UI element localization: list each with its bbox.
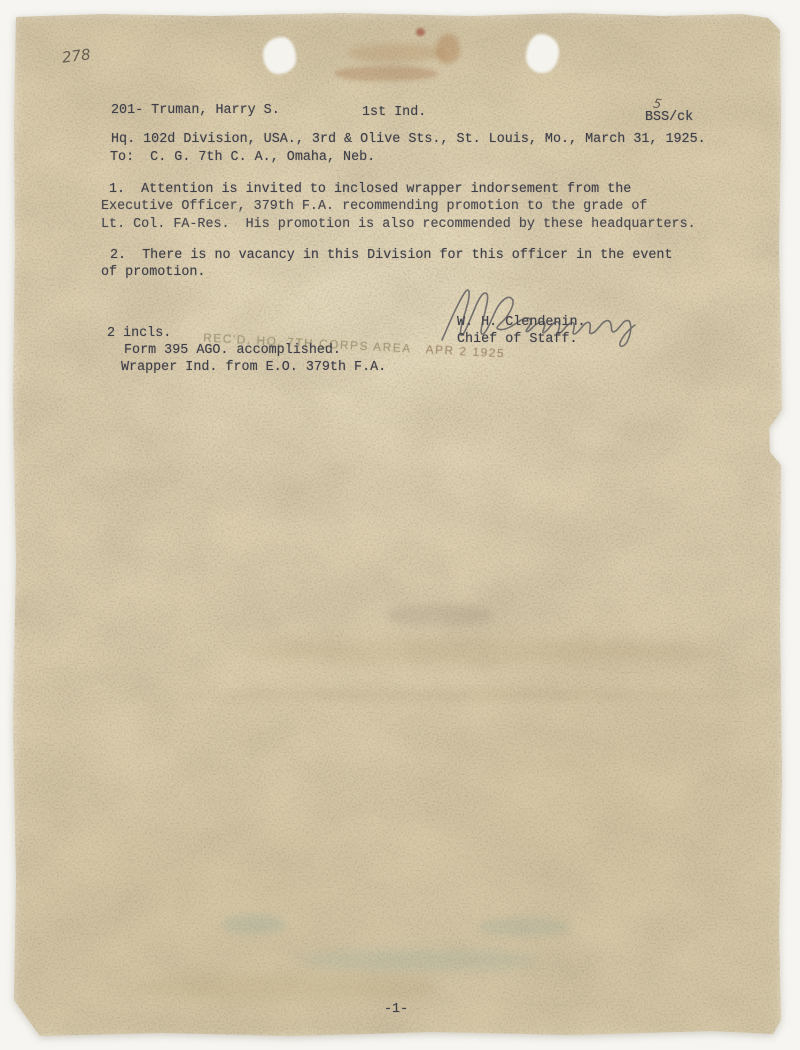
enclosure-item: Wrapper Ind. from E.O. 379th F.A. [121,359,386,376]
scanned-document: REC'D. HQ. 7TH CORPS AREAAPR 2 1925 278 … [0,0,800,1050]
stain-red-dot [416,28,425,36]
stain-mid-band-2 [180,690,740,700]
paper-sheet: REC'D. HQ. 7TH CORPS AREAAPR 2 1925 278 … [12,12,784,1040]
stain-smudge-band [348,44,444,62]
handwritten-signature [439,288,647,350]
stain-gray-smudge [388,604,492,626]
enclosure-item: Form 395 AGO. accomplished. [124,342,341,359]
stain-scribble [334,66,438,81]
stain-bottom-tan [140,974,440,1000]
paragraph-1-line: Executive Officer, 379th F.A. recommendi… [101,198,647,215]
stain-mid-band [240,638,720,664]
sheet-number-annotation: 278 [61,46,92,67]
to-line: To: C. G. 7th C. A., Omaha, Neb. [110,149,375,166]
stain-blue-smudge-2 [478,918,570,936]
tear-spot-left [263,37,296,74]
stain-blue-smudge-1 [222,914,286,934]
paragraph-1-line: Lt. Col. FA-Res. His promotion is also r… [101,216,696,233]
paragraph-2-line: 2. There is no vacancy in this Division … [110,247,673,264]
paragraph-2-line: of promotion. [101,264,205,281]
paragraph-1-line: 1. Attention is invited to inclosed wrap… [109,181,631,198]
page-number: -1- [384,1001,408,1018]
stain-brown-curve [436,34,460,64]
typist-initials: BSS/ck [645,109,693,126]
stain-blue-band [295,950,539,970]
enclosure-count: 2 incls. [107,325,171,342]
indorsement-label: 1st Ind. [362,104,426,121]
subject-line: 201- Truman, Harry S. [111,102,280,119]
tear-spot-right [526,34,559,73]
heading-line: Hq. 102d Division, USA., 3rd & Olive Sts… [111,131,706,148]
